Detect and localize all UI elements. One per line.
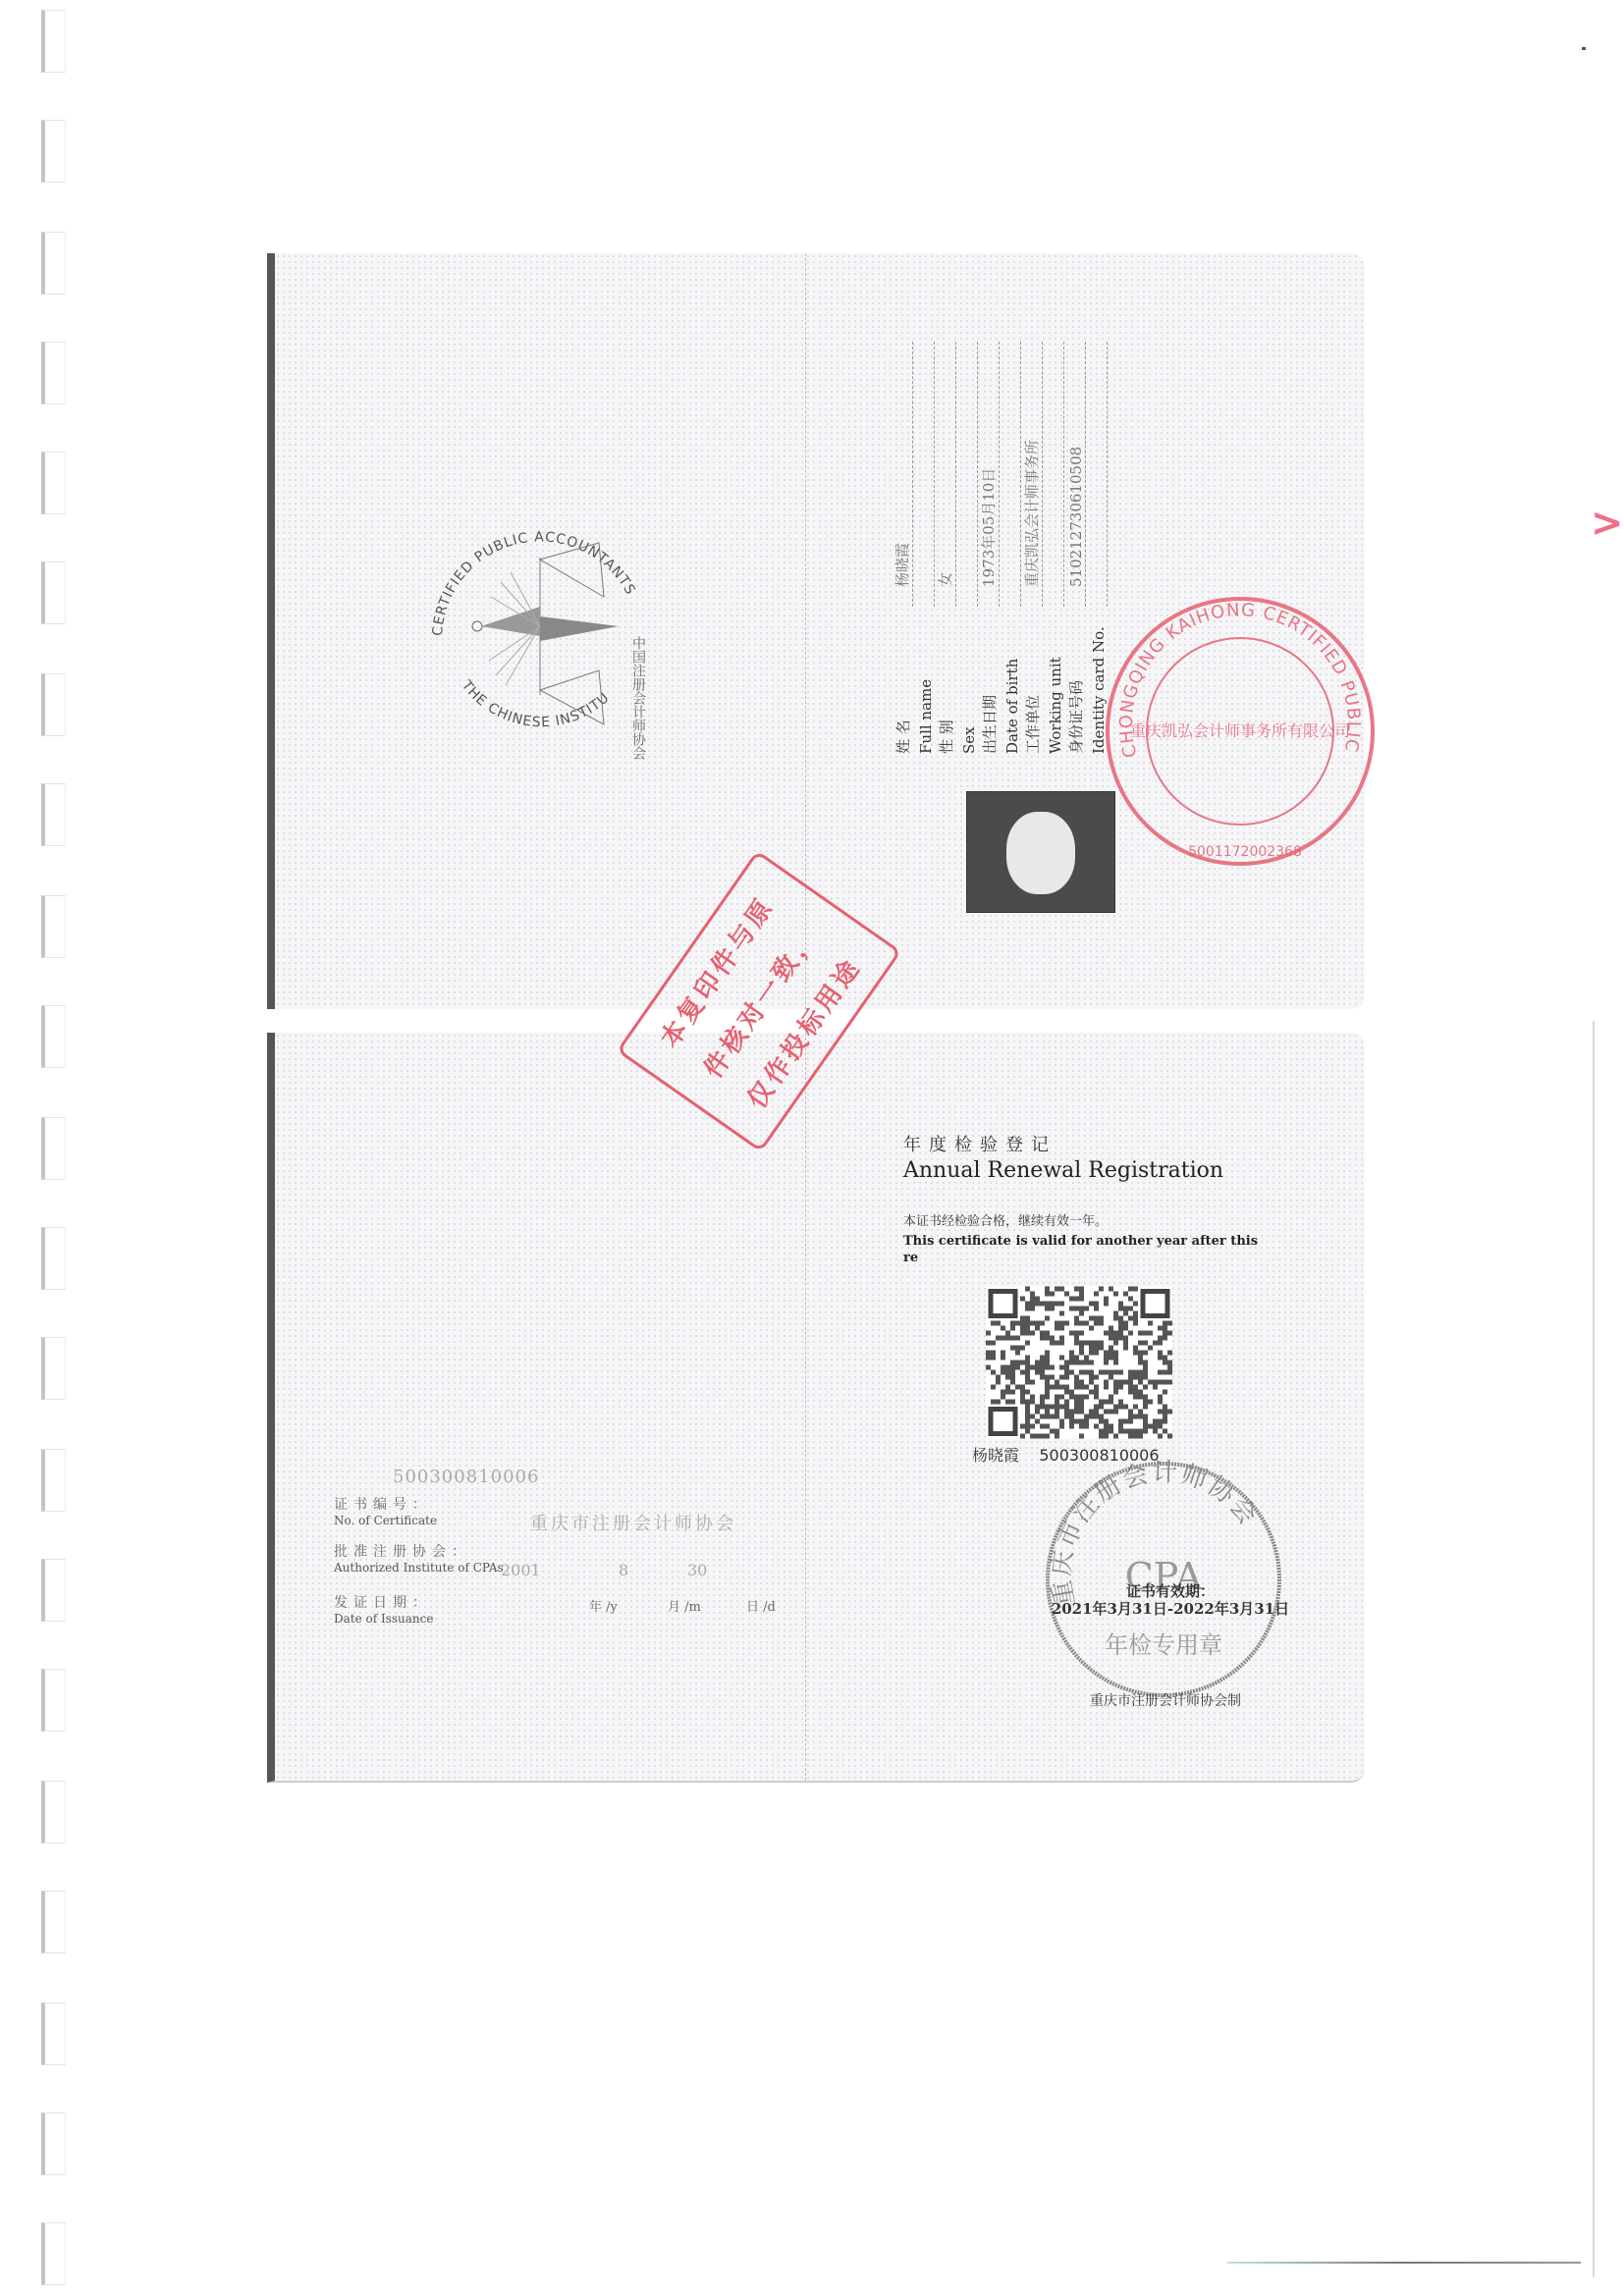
holder-photo: [966, 791, 1115, 913]
page-tab-arrow-icon: >: [1591, 501, 1624, 546]
binding-hole: [41, 232, 66, 294]
binding-hole: [41, 452, 66, 514]
binding-hole: [41, 120, 66, 183]
unit-day: 日 /d: [746, 1596, 776, 1615]
label-name-en: Full name: [917, 607, 935, 754]
institute-value: 重庆市注册会计师协会: [530, 1510, 736, 1535]
renewal-title-en: Annual Renewal Registration: [903, 1158, 1276, 1183]
binding-hole: [41, 1227, 66, 1290]
annual-inspection-seal: 重庆市注册会计师协会 CPA 年检专用章: [1041, 1457, 1286, 1702]
issue-month: 8: [619, 1561, 628, 1579]
renewal-note-en: This certificate is valid for another ye…: [903, 1233, 1276, 1266]
binding-hole: [41, 342, 66, 404]
binding-hole: [41, 2002, 66, 2065]
binding-holes: [0, 0, 79, 2296]
binding-hole: [41, 1005, 66, 1068]
page-edge: [1593, 1021, 1595, 2277]
binding-hole: [41, 2112, 66, 2175]
binding-hole: [41, 1781, 66, 1843]
institute-label: 批准注册协会： Authorized Institute of CPAs: [334, 1541, 504, 1575]
qr-caption-name: 杨晓霞: [972, 1446, 1019, 1465]
value-work: 重庆凯弘会计师事务所: [1021, 342, 1043, 607]
label-dob-en: Date of birth: [1003, 607, 1021, 754]
value-dob: 1973年05月10日: [978, 342, 1000, 607]
issue-date-label: 发证日期： Date of Issuance: [334, 1592, 433, 1626]
face-image: [1006, 812, 1075, 894]
label-id-cn: 身份证号码: [1065, 607, 1086, 754]
issuer-footer: 重庆市注册会计师协会制: [1090, 1690, 1241, 1710]
issue-year: 2001: [501, 1561, 541, 1579]
binding-hole: [41, 673, 66, 736]
unit-year: 年 /y: [589, 1596, 618, 1615]
validity-label: 证书有效期：: [1013, 1582, 1327, 1600]
fold-line: [805, 1033, 806, 1781]
value-name: 杨晓霞: [892, 342, 913, 607]
value-sex: 女: [935, 342, 956, 607]
unit-month: 月 /m: [668, 1596, 701, 1615]
cicpa-emblem-icon: CERTIFIED PUBLIC ACCOUNTANTS THE CHINESE…: [403, 489, 677, 764]
svg-text:5001172002368: 5001172002368: [1188, 844, 1302, 860]
binding-hole: [41, 1891, 66, 1953]
scan-speck: [1582, 47, 1586, 50]
binding-hole: [41, 1449, 66, 1512]
value-id: 510212730610508: [1067, 342, 1086, 607]
label-work-cn: 工作单位: [1022, 607, 1043, 754]
binding-hole: [41, 1669, 66, 1732]
binding-hole: [41, 895, 66, 958]
svg-text:重庆凯弘会计师事务所有限公司: 重庆凯弘会计师事务所有限公司: [1130, 721, 1350, 740]
certificate-number: 500300810006: [393, 1467, 539, 1487]
svg-text:年检专用章: 年检专用章: [1105, 1631, 1222, 1659]
annual-renewal-section: 年度检验登记 Annual Renewal Registration 本证书经检…: [903, 1131, 1276, 1266]
label-work-en: Working unit: [1047, 607, 1064, 754]
binding-hole: [41, 1559, 66, 1622]
validity-range: 2021年3月31日-2022年3月31日: [1013, 1600, 1327, 1618]
certificate-number-label: 证书编号： No. of Certificate: [334, 1494, 437, 1527]
label-sex-en: Sex: [960, 607, 978, 754]
binding-hole: [41, 1337, 66, 1400]
certificate-data-spread: 年度检验登记 Annual Renewal Registration 本证书经检…: [267, 1033, 1365, 1783]
label-name-cn: 姓 名: [893, 607, 913, 754]
firm-round-stamp: CHONGQING KAIHONG CERTIFIED PUBLIC ACCOU…: [1098, 589, 1382, 874]
label-sex-cn: 性 别: [936, 607, 956, 754]
binding-hole: [41, 1117, 66, 1180]
page-edge: [1227, 2262, 1581, 2264]
qr-code-icon: [986, 1286, 1172, 1439]
binding-hole: [41, 783, 66, 846]
renewal-title-cn: 年度检验登记: [903, 1131, 1276, 1156]
binding-hole: [41, 10, 66, 73]
issue-day: 30: [687, 1561, 707, 1579]
binding-hole: [41, 2222, 66, 2285]
svg-text:中国注册会计师协会: 中国注册会计师协会: [630, 635, 646, 761]
renewal-note-cn: 本证书经检验合格，继续有效一年。: [903, 1210, 1276, 1229]
label-dob-cn: 出生日期: [979, 607, 1000, 754]
validity-period: 证书有效期： 2021年3月31日-2022年3月31日: [1013, 1582, 1327, 1618]
binding-hole: [41, 561, 66, 624]
